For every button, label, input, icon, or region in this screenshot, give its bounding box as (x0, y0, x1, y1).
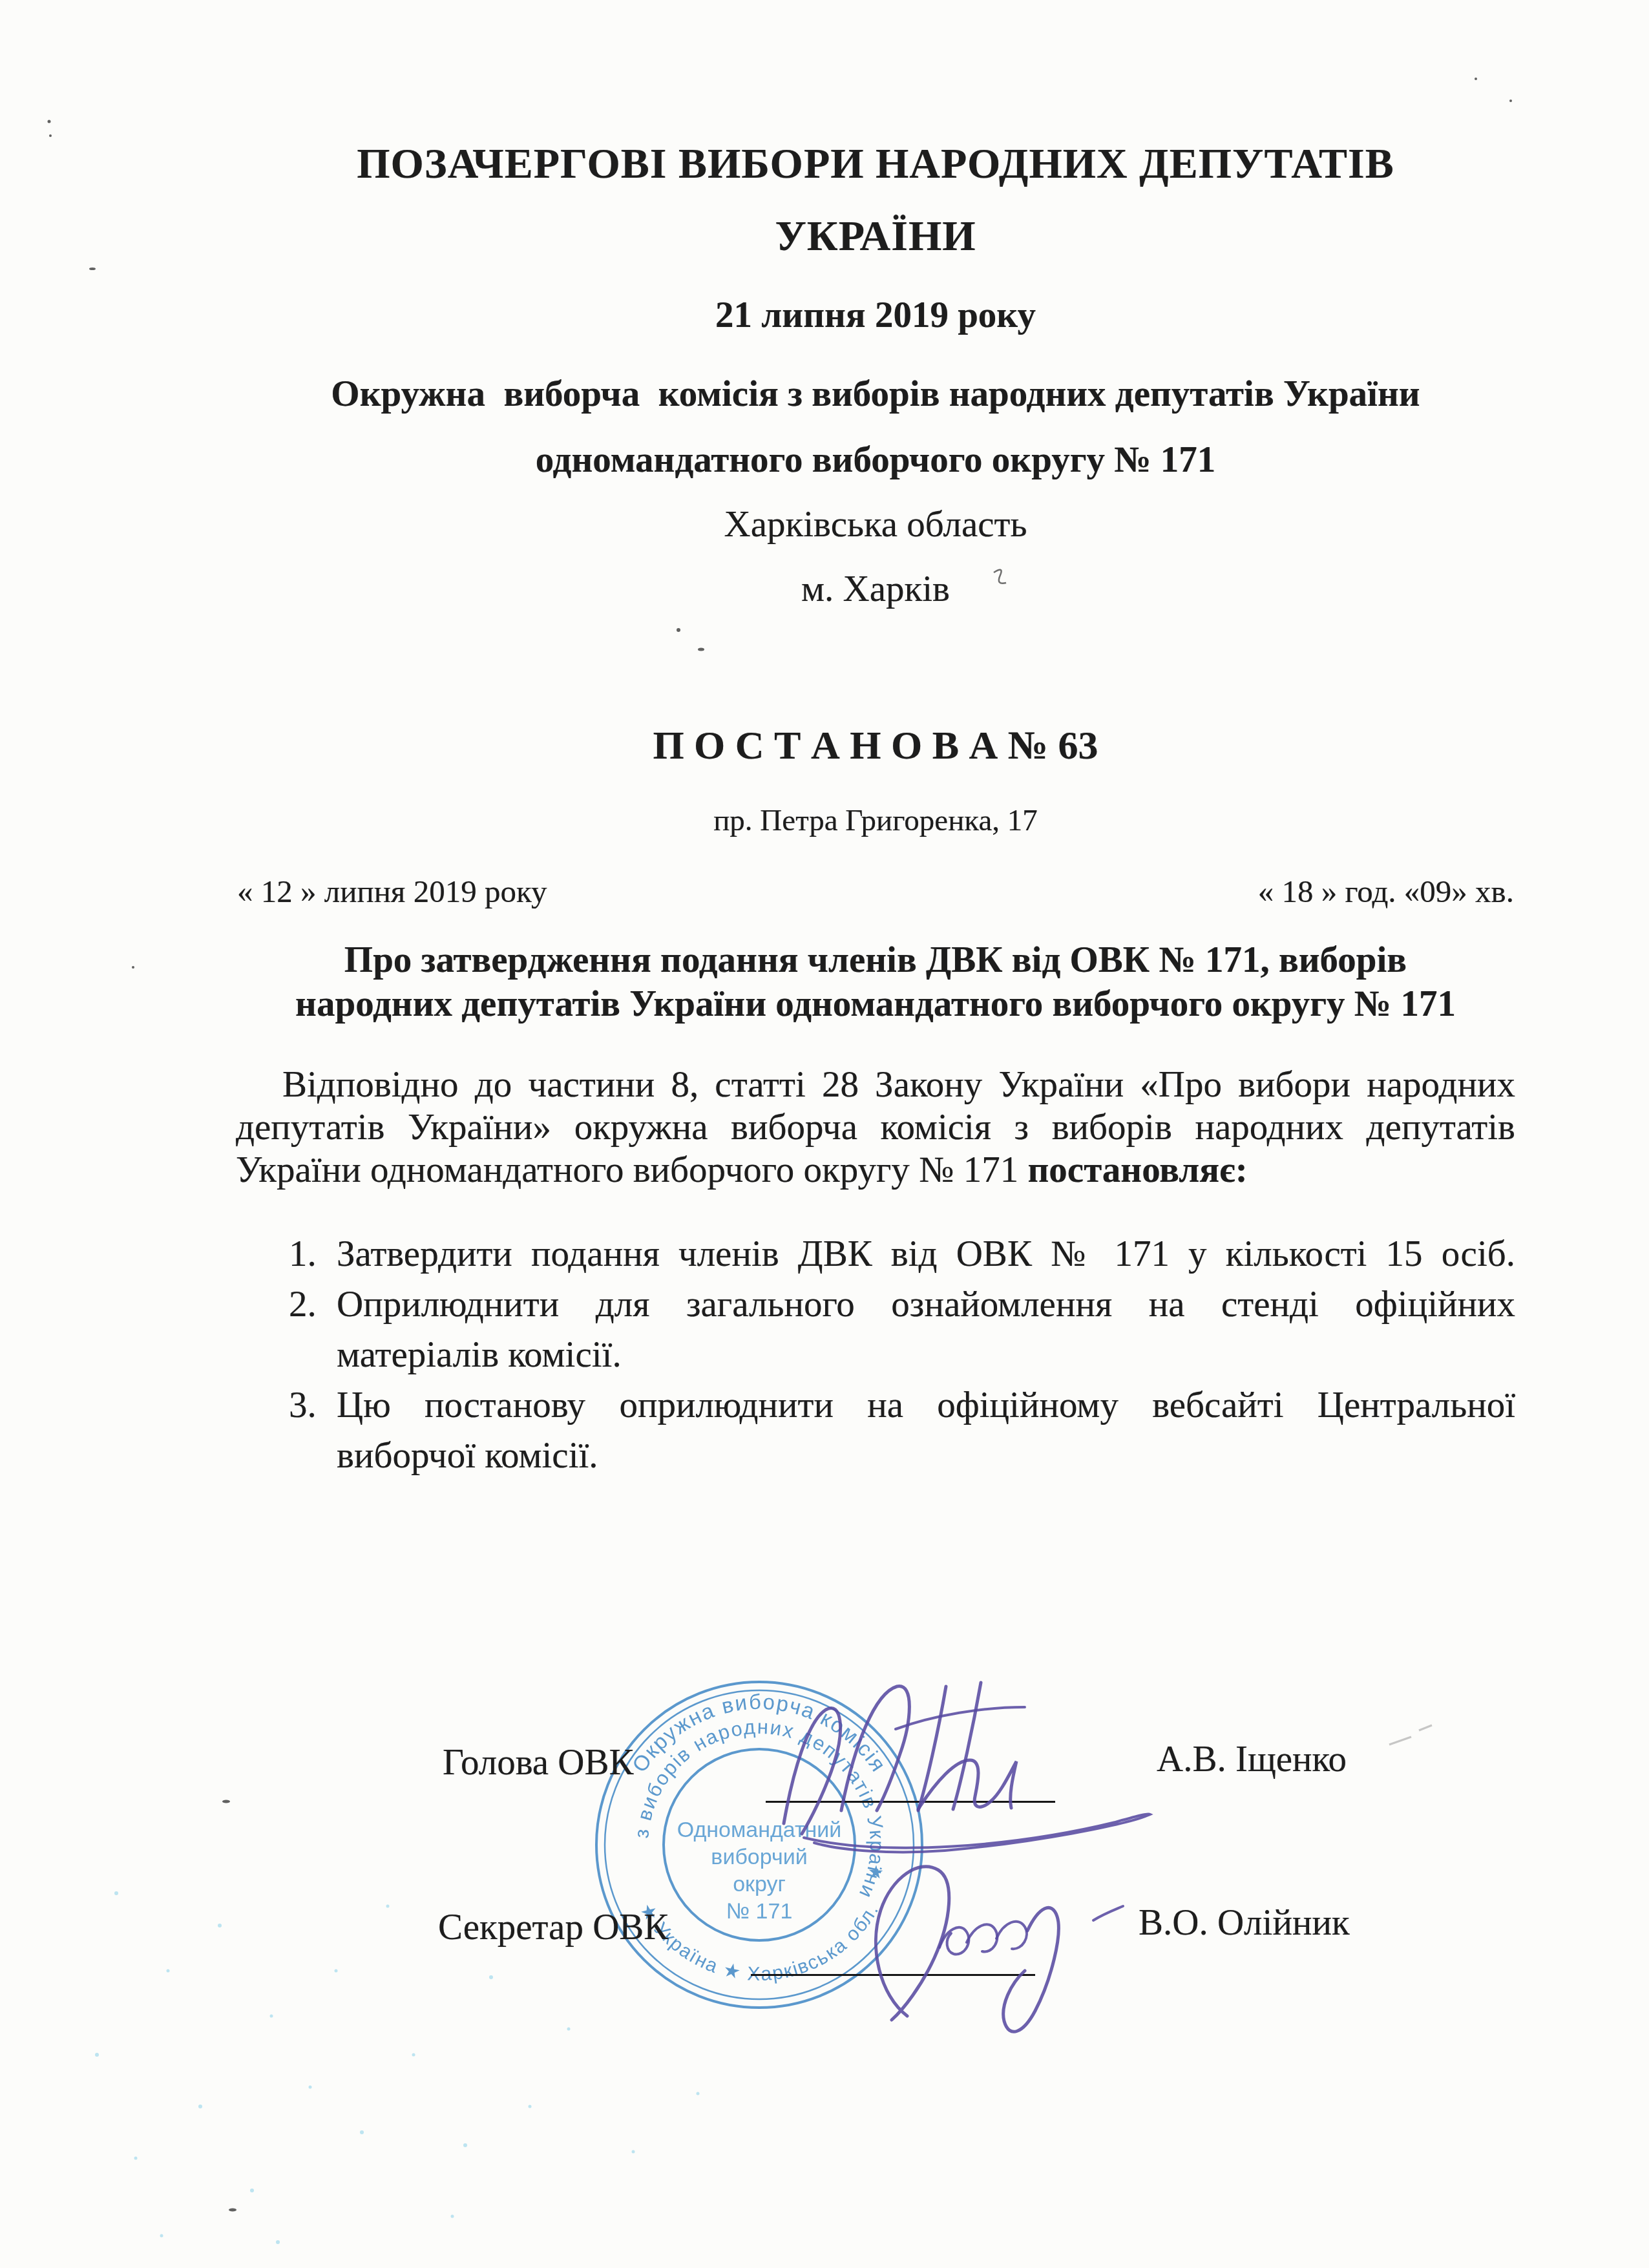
list-item-number: 2. (289, 1279, 317, 1330)
scanned-document-page: ПОЗАЧЕРГОВІ ВИБОРИ НАРОДНИХ ДЕПУТАТІВ УК… (0, 0, 1649, 2268)
list-item-text: Затвердити подання членів ДВК від ОВК № … (337, 1229, 1515, 1279)
resolution-items-list: 1. Затвердити подання членів ДВК від ОВК… (236, 1229, 1515, 1481)
document-title-line1: ПОЗАЧЕРГОВІ ВИБОРИ НАРОДНИХ ДЕПУТАТІВ (236, 128, 1515, 200)
preamble-line2: депутатів України» окружна виборча коміс… (236, 1106, 1515, 1149)
preamble-line3-text: України одномандатного виборчого округу … (236, 1150, 1027, 1190)
commission-name-line1: Окружна виборча комісія з виборів народн… (236, 373, 1515, 415)
resolution-title: П О С Т А Н О В А № 63 (236, 722, 1515, 769)
handwritten-signatures (737, 1654, 1189, 2055)
resolution-subject-line2: народних депутатів України одномандатног… (236, 982, 1515, 1026)
list-item-text: Цю постанову оприлюднити на офіційному в… (337, 1380, 1515, 1431)
preamble-resolves-word: постановляє: (1027, 1150, 1247, 1190)
commission-name-line2: одномандатного виборчого округу № 171 (236, 439, 1515, 481)
preamble-line3: України одномандатного виборчого округу … (236, 1149, 1515, 1192)
head-handwritten-signature (784, 1683, 1150, 1852)
secretary-label: Секретар ОВК (438, 1906, 668, 1949)
secretary-handwritten-signature (876, 1867, 1123, 2032)
list-item-number: 1. (289, 1229, 317, 1279)
election-date: 21 липня 2019 року (236, 294, 1515, 337)
resolution-date: « 12 » липня 2019 року (237, 874, 547, 910)
list-item-number: 3. (289, 1380, 317, 1431)
resolution-preamble: Відповідно до частини 8, статті 28 Закон… (236, 1064, 1515, 1192)
document-title-line2: УКРАЇНИ (236, 200, 1515, 273)
list-item-text: виборчої комісії. (337, 1431, 1515, 1481)
head-of-commission-label: Голова ОВК (443, 1741, 634, 1784)
resolution-subject-line1: Про затвердження подання членів ДВК від … (236, 938, 1515, 982)
resolution-address: пр. Петра Григоренка, 17 (236, 803, 1515, 839)
document-title: ПОЗАЧЕРГОВІ ВИБОРИ НАРОДНИХ ДЕПУТАТІВ УК… (236, 128, 1515, 273)
list-item: 1. Затвердити подання членів ДВК від ОВК… (236, 1229, 1515, 1279)
list-item: 3. Цю постанову оприлюднити на офіційном… (236, 1380, 1515, 1481)
resolution-subject: Про затвердження подання членів ДВК від … (236, 938, 1515, 1026)
date-time-row: « 12 » липня 2019 року « 18 » год. «09» … (236, 874, 1515, 910)
city-name: м. Харків (236, 568, 1515, 611)
list-item-text: Оприлюднити для загального ознайомлення … (337, 1279, 1515, 1330)
list-item-text: матеріалів комісії. (337, 1330, 1515, 1380)
resolution-time: « 18 » год. «09» хв. (1258, 874, 1514, 910)
preamble-line1: Відповідно до частини 8, статті 28 Закон… (236, 1064, 1515, 1106)
list-item: 2. Оприлюднити для загального ознайомлен… (236, 1279, 1515, 1380)
region-name: Харківська область (236, 503, 1515, 546)
